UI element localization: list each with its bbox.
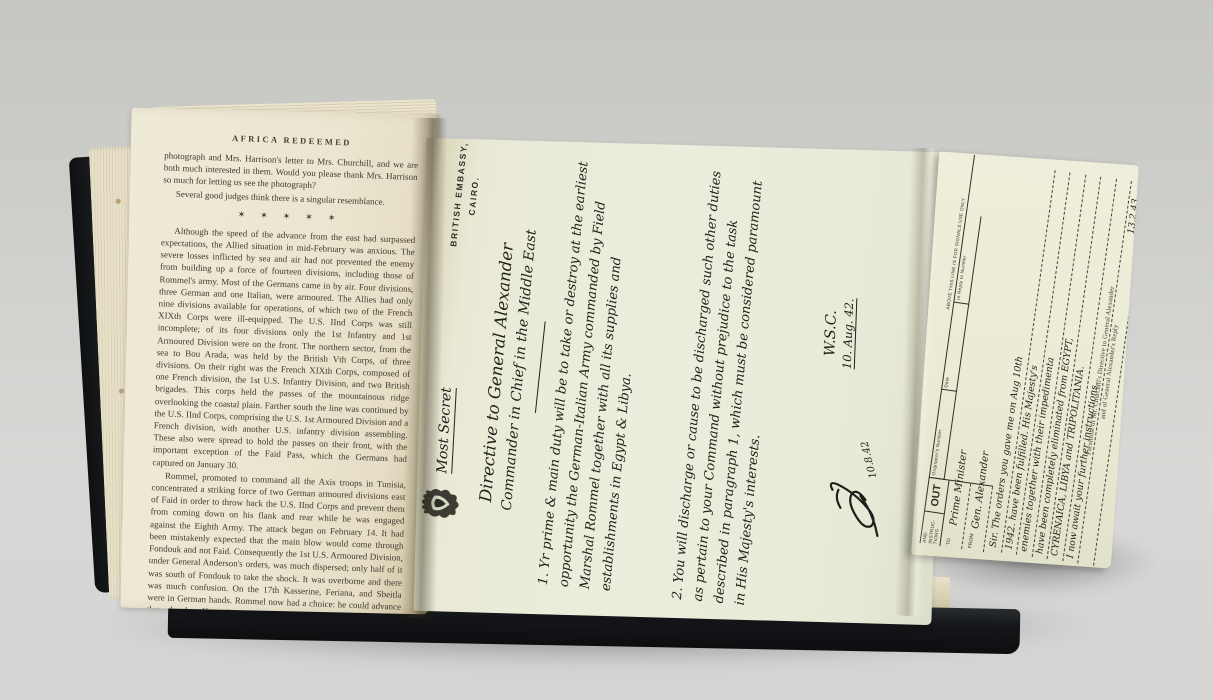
directive-paragraph-1: 1. Yr prime & main duty will be to take …: [533, 154, 658, 592]
signature-initials: W.S.C.: [822, 297, 841, 368]
form-left-column: AND INSTRUC- TIONS OUT TOPrime Minister …: [920, 477, 993, 552]
paragraph-rommel-attack: Rommel, promoted to command all the Axis…: [146, 469, 406, 614]
from-label: FROM: [962, 527, 976, 550]
left-page: AFRICA REDEEMED photograph and Mrs. Harr…: [120, 108, 439, 615]
signature-date: 10. Aug. 42.: [840, 298, 858, 369]
telegram-foldout-sheet: ABOVE THIS LINE IS FOR SIGNALS USE ONLY …: [911, 152, 1139, 569]
from-value: Gen. Alexander: [970, 451, 992, 530]
left-page-text-block: AFRICA REDEEMED photograph and Mrs. Harr…: [146, 130, 419, 614]
signature-block: W.S.C. 10. Aug. 42.: [822, 297, 858, 369]
section-separator-stars: ✶✶✶✶✶: [172, 207, 416, 227]
to-label: TO: [940, 524, 954, 547]
photo-of-open-book: AFRICA REDEEMED photograph and Mrs. Harr…: [0, 0, 1213, 700]
directive-paragraph-2: 2. You will discharge or cause to be dis…: [667, 168, 791, 606]
telegram-rotated-content: ABOVE THIS LINE IS FOR SIGNALS USE ONLY …: [911, 153, 1139, 567]
facsimile-letter-page: Most Secret BRITISH EMBASSY, CAIRO. Dire…: [413, 138, 944, 625]
countersignature-flourish-icon: [826, 463, 891, 555]
title-underline: [535, 321, 546, 413]
paragraph-allied-situation: Although the speed of the advance from t…: [152, 224, 415, 478]
running-header: AFRICA REDEEMED: [165, 130, 419, 150]
letter-rotated-content: Most Secret BRITISH EMBASSY, CAIRO. Dire…: [413, 138, 944, 625]
embassy-letterhead: BRITISH EMBASSY, CAIRO.: [446, 141, 488, 249]
